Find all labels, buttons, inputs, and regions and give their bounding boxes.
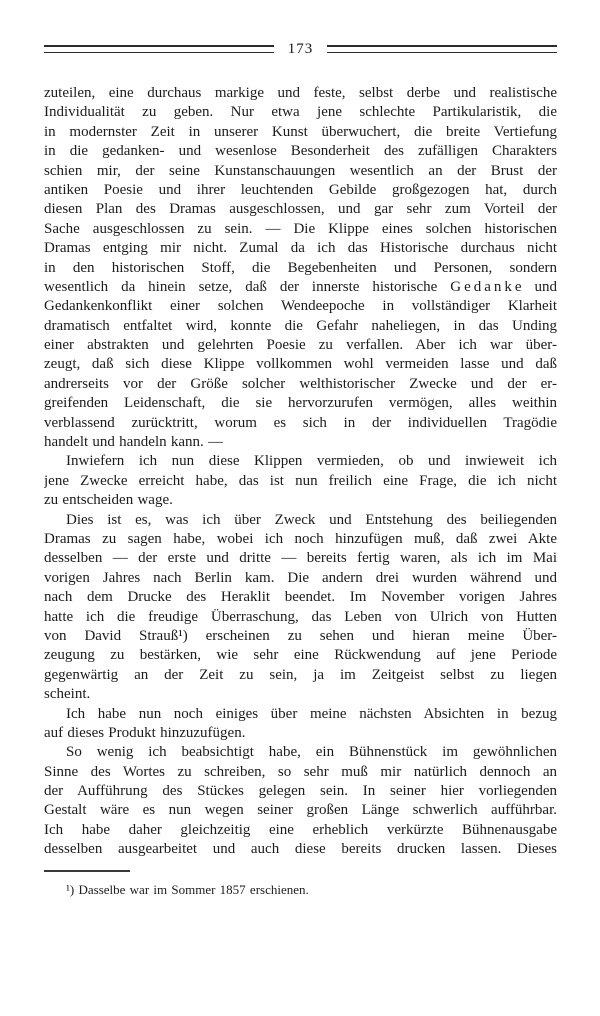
- footnote: ¹) Dasselbe war im Sommer 1857 erschiene…: [44, 881, 557, 898]
- text-line: hatte ich die freudige Überraschung, das…: [44, 608, 557, 627]
- page-number: 173: [274, 40, 328, 58]
- text-line: Gestalt wäre es nun wegen seiner großen …: [44, 801, 557, 820]
- paragraph: Dies ist es, was ich über Zweck und Ents…: [44, 511, 557, 705]
- scanned-book-page: 173 zuteilen, eine durchaus markige und …: [0, 0, 600, 1016]
- text-line: zeugung zu bestärken, wie sehr eine Rück…: [44, 646, 557, 665]
- text-line: antiken Poesie und ihrer leuchtenden Geb…: [44, 181, 557, 200]
- paragraph: So wenig ich beabsichtigt habe, ein Bühn…: [44, 743, 557, 859]
- paragraph: zuteilen, eine durchaus markige und fest…: [44, 84, 557, 452]
- footnote-separator: [44, 870, 130, 872]
- paragraph: Inwiefern ich nun diese Klippen vermiede…: [44, 452, 557, 510]
- text-line: scheint.: [44, 685, 557, 704]
- text-line: auf dieses Produkt hinzuzufügen.: [44, 724, 557, 743]
- text-line: in modernster Zeit in unserer Kunst über…: [44, 123, 557, 142]
- text-line: zu entscheiden wage.: [44, 491, 557, 510]
- text-line: andrerseits vor der Größe solcher welthi…: [44, 375, 557, 394]
- text-line: wesentlich da hinein setze, daß der inne…: [44, 278, 557, 297]
- text-line: handelt und handeln kann. —: [44, 433, 557, 452]
- text-body: zuteilen, eine durchaus markige und fest…: [44, 84, 557, 860]
- header-rule-right: [327, 45, 557, 53]
- text-line: gegenwärtig an der Zeit zu sein, ja im Z…: [44, 666, 557, 685]
- text-line: Dramas zu sagen habe, wobei ich noch hin…: [44, 530, 557, 549]
- header-rule-left: [44, 45, 274, 53]
- text-line: in den historischen Stoff, die Begebenhe…: [44, 259, 557, 278]
- text-line: von David Strauß¹) erscheinen zu sehen u…: [44, 627, 557, 646]
- text-line: Gedankenkonflikt einer solchen Wendeepoc…: [44, 297, 557, 316]
- text-line: So wenig ich beabsichtigt habe, ein Bühn…: [44, 743, 557, 762]
- text-line: Ich habe daher gleichzeitig eine erhebli…: [44, 821, 557, 840]
- text-line: jene Zwecke erreicht habe, das ist nun f…: [44, 472, 557, 491]
- text-line: Dramas entging mir nicht. Zumal da ich d…: [44, 239, 557, 258]
- text-line: Dies ist es, was ich über Zweck und Ents…: [44, 511, 557, 530]
- text-line: in die gedanken- und wesenlose Besonderh…: [44, 142, 557, 161]
- text-line: zuteilen, eine durchaus markige und fest…: [44, 84, 557, 103]
- text-line: Ich habe nun noch einiges über meine näc…: [44, 705, 557, 724]
- text-line: nach dem Drucke des Heraklit beendet. Im…: [44, 588, 557, 607]
- text-line: zeugt, daß sich diese Klippe vollkommen …: [44, 355, 557, 374]
- text-line: Sinne des Wortes zu schreiben, so sehr m…: [44, 763, 557, 782]
- text-line: vorigen Jahres nach Berlin kam. Die ande…: [44, 569, 557, 588]
- text-line: diesen Plan des Dramas ausgeschlossen, u…: [44, 200, 557, 219]
- text-line: desselben ausgearbeitet und auch diese b…: [44, 840, 557, 859]
- text-line: einer abstrakten und gelehrten Poesie zu…: [44, 336, 557, 355]
- running-head: 173: [44, 40, 557, 58]
- text-line: greifenden Leidenschaft, die sie hervorz…: [44, 394, 557, 413]
- text-line: verblassend zurücktritt, worum es sich i…: [44, 414, 557, 433]
- text-line: Individualität zu geben. Nur etwa jene s…: [44, 103, 557, 122]
- text-line: der Aufführung des Stückes gelegen sein.…: [44, 782, 557, 801]
- text-line: Sache ausgeschlossen zu sein. — Die Klip…: [44, 220, 557, 239]
- paragraph: Ich habe nun noch einiges über meine näc…: [44, 705, 557, 744]
- text-line: schien mir, der seine Kunstanschauungen …: [44, 162, 557, 181]
- text-line: Inwiefern ich nun diese Klippen vermiede…: [44, 452, 557, 471]
- text-line: desselben — der erste und dritte — berei…: [44, 549, 557, 568]
- text-line: dramatisch entfaltet wird, konnte die Ge…: [44, 317, 557, 336]
